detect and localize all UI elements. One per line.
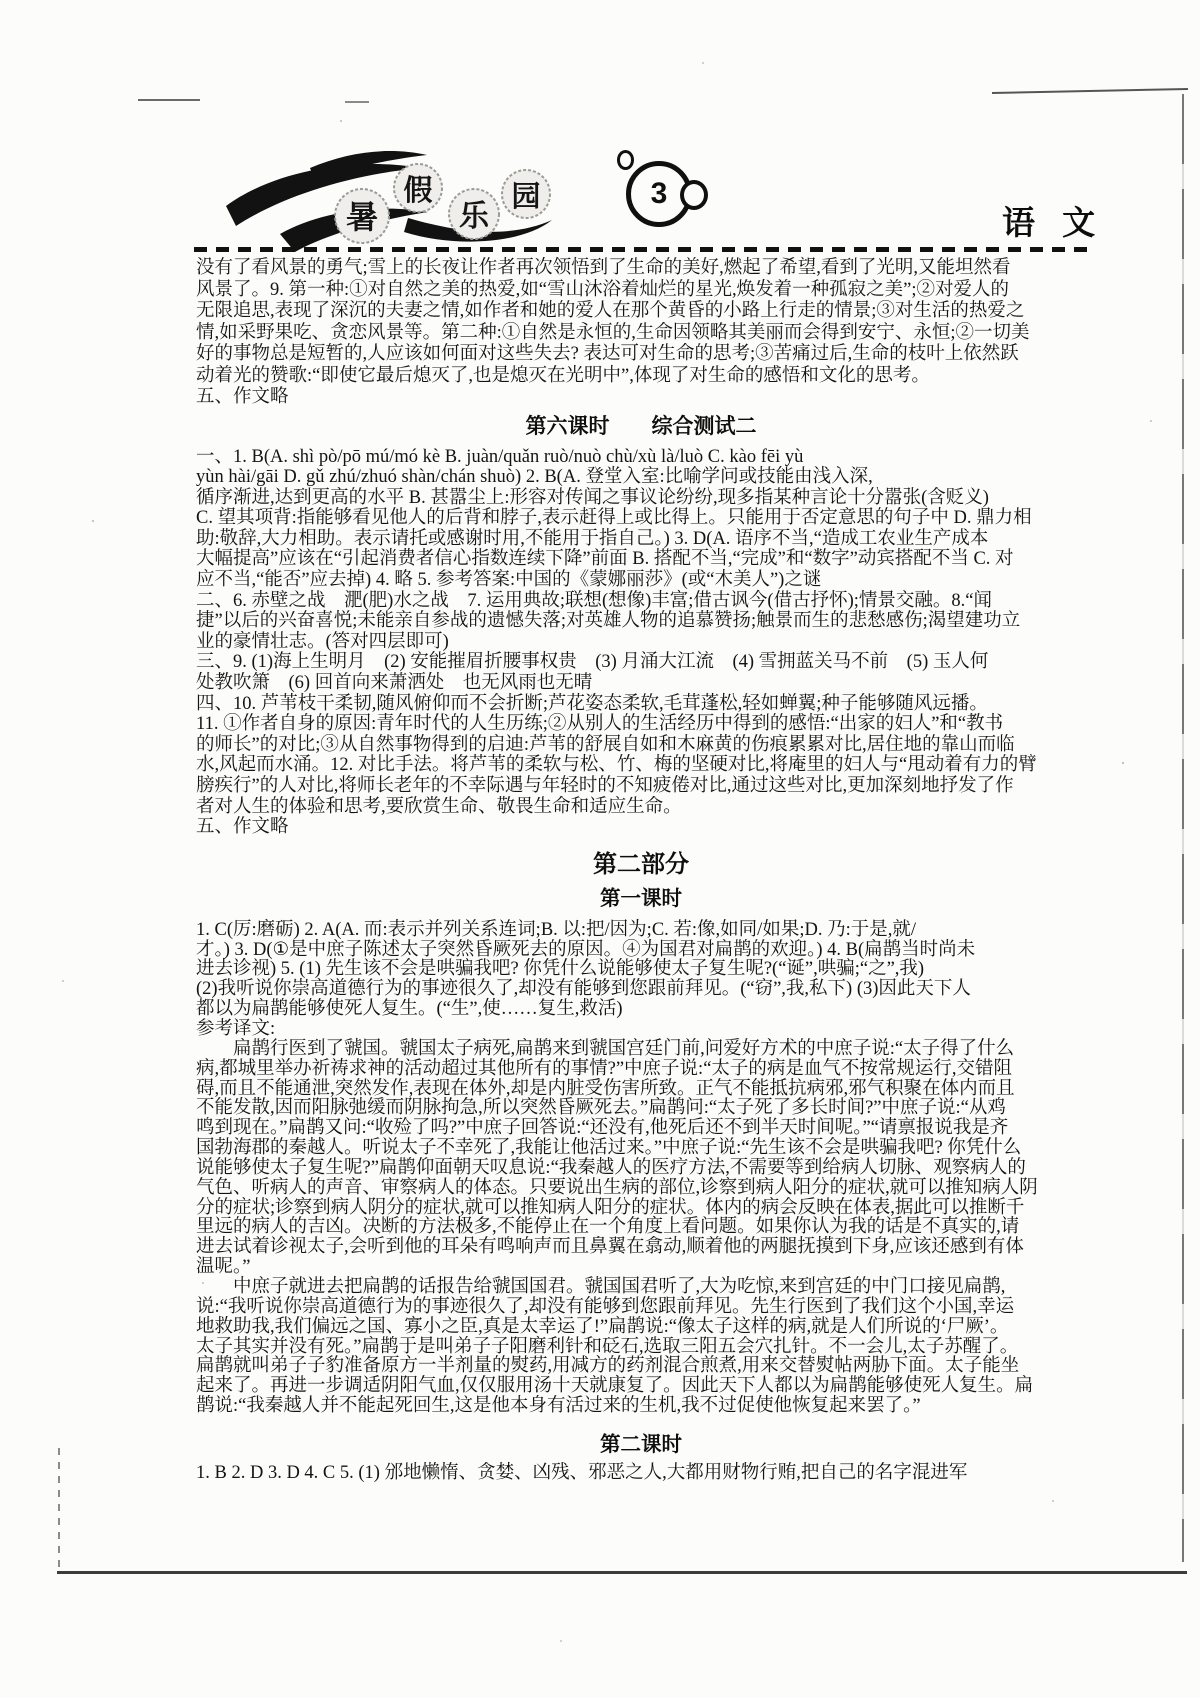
text-line: 扁鹊就叫弟子子豹准备原方一半剂量的熨药,用减方的药剂混合煎煮,用来交替熨帖两胁下… [196, 1357, 1086, 1377]
text-line: C. 望其项背:指能够看见他人的后背和脖子,表示赶得上或比得上。只能用于否定意思… [196, 508, 1086, 529]
text-line: 膀疾行”的人对比,将师长老年的不幸际遇与年轻时的不知疲倦对比,通过这些对比,更加… [196, 776, 1086, 797]
text-line: 水,风起而水涌。12. 对比手法。将芦苇的柔软与松、竹、梅的坚硬对比,将庵里的妇… [196, 755, 1086, 776]
section-heading: 第六课时 综合测试二 [196, 414, 1086, 440]
scan-noise [0, 0, 2, 2]
part-heading: 第二部分 [196, 850, 1086, 880]
text-line: 1. B 2. D 3. D 4. C 5. (1) 邠地懒惰、贪婪、凶残、邪恶… [196, 1463, 1086, 1483]
text-line: 无限追思,表现了深沉的夫妻之情,如作者和她的爱人在那个黄昏的小路上行走的情景;③… [196, 301, 1086, 323]
text-line: 二、6. 赤壁之战 淝(肥)水之战 7. 运用典故;联想(想像)丰富;借古讽今(… [196, 591, 1086, 612]
text-line: 业的豪情壮志。(答对四层即可) [196, 632, 1086, 653]
scanned-page: 暑 假 乐 园 3 语 文 没有了看风景的勇气;雪 [0, 0, 1200, 1698]
text-line: 大幅提高”应该在“引起消费者信心指数连续下降”前面 B. 搭配不当,“完成”和“… [196, 549, 1086, 570]
text-line: 都以为扁鹊能够使死人复生。(“生”,使……复生,救活) [196, 1000, 1086, 1020]
page-edge-top-mid [345, 101, 369, 103]
text-line: 进去诊视) 5. (1) 先生该不会是哄骗我吧? 你凭什么说能够使太子复生呢?(… [196, 960, 1086, 980]
text-line: 说:“我听说你崇高道德行为的事迹很久了,却没有能够到您跟前拜见。先生行医到了我们… [196, 1298, 1086, 1318]
page-edge-top-left [138, 99, 200, 101]
logo-character-circle: 假 [394, 164, 442, 212]
svg-text:园: 园 [511, 180, 540, 213]
text-line: 参考译文: [196, 1020, 1086, 1040]
text-line: 气色、听病人的声音、审察病人的体态。只要说出生病的部位,诊察到病人阳分的症状,就… [196, 1179, 1086, 1199]
text-line: 11. ①作者自身的原因:青年时代的人生历练;②从别人的生活经历中得到的感悟:“… [196, 714, 1086, 735]
text-line: 扁鹊行医到了虢国。虢国太子病死,扁鹊来到虢国宫廷门前,问爱好方术的中庶子说:“太… [196, 1040, 1086, 1060]
text-line: 助:敬辞,大力相助。表示请托或感谢时用,不能用于指自己。) 3. D(A. 语序… [196, 529, 1086, 550]
page-number-badge: 3 [626, 161, 692, 227]
text-line: 好的事物总是短暂的,人应该如何面对这些失去? 表达可对生命的思考;③苦痛过后,生… [196, 344, 1086, 366]
svg-text:假: 假 [403, 174, 432, 207]
text-line: 风景了。9. 第一种:①对自然之美的热爱,如“雪山沐浴着灿烂的星光,焕发着一种孤… [196, 280, 1086, 302]
svg-text:乐: 乐 [459, 200, 490, 233]
text-line: 三、9. (1)海上生明月 (2) 安能摧眉折腰事权贵 (3) 月涌大江流 (4… [196, 652, 1086, 673]
text-line: 处教吹箫 (6) 回首向来萧洒处 也无风雨也无晴 [196, 673, 1086, 694]
text-line: 国勃海郡的秦越人。听说太子不幸死了,我能让他活过来。”中庶子说:“先生该不会是哄… [196, 1139, 1086, 1159]
text-line: 情,如采野果吃、贪恋风景等。第二种:①自然是永恒的,生命因领略其美丽而会得到安宁… [196, 323, 1086, 345]
page-edge-left [58, 1448, 60, 1572]
text-line: 碍,而且不能通泄,突然发作,表现在体外,却是内脏受伤害所致。正气不能抵抗病邪,邪… [196, 1080, 1086, 1100]
page-number: 3 [651, 177, 668, 211]
text-block: 1. C(厉:磨砺) 2. A(A. 而:表示并列关系连词;B. 以:把/因为;… [196, 921, 1086, 1417]
text-line: 五、作文略 [196, 387, 1086, 409]
text-line: 动着光的赞歌:“即使它最后熄灭了,也是熄灭在光明中”,体现了对生命的感悟和文化的… [196, 366, 1086, 388]
text-line: 捷”以后的兴奋喜悦;未能亲自参战的遗憾失落;对英雄人物的追慕赞扬;触景而生的悲愁… [196, 611, 1086, 632]
text-line: 温呢。” [196, 1258, 1086, 1278]
text-line: 分的症状;诊察到病人阴分的症状,就可以推知病人阳分的症状。体内的病会反映在体表,… [196, 1199, 1086, 1219]
text-line: 四、10. 芦苇枝干柔韧,随风俯仰而不会折断;芦花姿态柔软,毛茸蓬松,轻如蝉翼;… [196, 694, 1086, 715]
text-block: 一、1. B(A. shì pò/pō mú/mó kè B. juàn/quǎ… [196, 447, 1086, 838]
text-line: 起来了。再进一步调适阴阳气血,仅仅服用汤十天就康复了。因此天下人都以为扁鹊能够使… [196, 1377, 1086, 1397]
text-line: 1. C(厉:磨砺) 2. A(A. 而:表示并列关系连词;B. 以:把/因为;… [196, 921, 1086, 941]
svg-text:暑: 暑 [346, 199, 378, 235]
dashed-divider [194, 247, 1090, 252]
text-block: 没有了看风景的勇气;雪上的长夜让作者再次领悟到了生命的美好,燃起了希望,看到了光… [196, 258, 1086, 409]
text-line: 鸣到现在。”扁鹊又问:“收殓了吗?”中庶子回答说:“还没有,他死后还不到半天时间… [196, 1119, 1086, 1139]
text-line: 病,都城里举办祈祷求神的活动超过其他所有的事情?”中庶子说:“太子的病是血气不按… [196, 1060, 1086, 1080]
logo-character-circle: 园 [502, 170, 550, 218]
text-line: 的师长”的对比;③从自然事物得到的启迪:芦苇的舒展自如和木麻黄的伤痕累累对比,居… [196, 735, 1086, 756]
text-line: 循序渐进,达到更高的水平 B. 甚嚣尘上:形容对传闻之事议论纷纷,现多指某种言论… [196, 488, 1086, 509]
text-line: (2)我听说你崇高道德行为的事迹很久了,却没有能够到您跟前拜见。(“窃”,我,私… [196, 980, 1086, 1000]
text-line: 太子其实并没有死。”扁鹊于是叫弟子子阳磨利针和砭石,选取三阳五会穴扎针。不一会儿… [196, 1338, 1086, 1358]
text-line: 中庶子就进去把扁鹊的话报告给虢国国君。虢国国君听了,大为吃惊,来到宫廷的中门口接… [196, 1278, 1086, 1298]
subject-label: 语 文 [1002, 197, 1104, 244]
page-edge-bottom [57, 1571, 1187, 1574]
text-line: 没有了看风景的勇气;雪上的长夜让作者再次领悟到了生命的美好,燃起了希望,看到了光… [196, 258, 1086, 280]
logo-character-circle: 乐 [449, 189, 499, 239]
text-line: yùn hài/gāi D. gǔ zhú/zhuó shàn/chán shu… [196, 467, 1086, 488]
text-line: 鹊说:“我秦越人并不能起死回生,这是他本身有活过来的生机,我不过促使他恢复起来罢… [196, 1397, 1086, 1417]
text-line: 里远的病人的吉凶。决断的方法极多,不能停止在一个角度上看问题。如果你认为我的话是… [196, 1218, 1086, 1238]
text-block: 1. B 2. D 3. D 4. C 5. (1) 邠地懒惰、贪婪、凶残、邪恶… [196, 1463, 1086, 1483]
text-line: 不能发散,因而阳脉弛缓而阴脉拘急,所以突然昏厥死去。”扁鹊问:“太子死了多长时间… [196, 1099, 1086, 1119]
content-area: 没有了看风景的勇气;雪上的长夜让作者再次领悟到了生命的美好,燃起了希望,看到了光… [196, 258, 1086, 1483]
text-line: 地救助我,我们偏远之国、寡小之臣,真是太幸运了!”扁鹊说:“像太子这样的病,就是… [196, 1318, 1086, 1338]
text-line: 说能够使太子复生呢?”扁鹊仰面朝天叹息说:“我秦越人的医疗方法,不需要等到给病人… [196, 1159, 1086, 1179]
page-edge-right [1182, 94, 1184, 1562]
text-line: 一、1. B(A. shì pò/pō mú/mó kè B. juàn/quǎ… [196, 447, 1086, 468]
text-line: 者对人生的体验和思考,要欣赏生命、敬畏生命和适应生命。 [196, 797, 1086, 818]
section-heading: 第二课时 [196, 1432, 1086, 1458]
logo-character-circle: 暑 [335, 189, 389, 243]
text-line: 才。) 3. D(①是中庶子陈述太子突然昏厥死去的原因。④为国君对扁鹊的欢迎。)… [196, 941, 1086, 961]
text-line: 五、作文略 [196, 817, 1086, 838]
section-heading: 第一课时 [196, 886, 1086, 912]
text-line: 应不当,“能否”应去掉) 4. 略 5. 参考答案:中国的《蒙娜丽莎》(或“木美… [196, 570, 1086, 591]
page-edge-top-right [992, 88, 1188, 94]
text-line: 进去试着诊视太子,会听到他的耳朵有鸣响声而且鼻翼在翕动,顺着他的两腿抚摸到下身,… [196, 1238, 1086, 1258]
